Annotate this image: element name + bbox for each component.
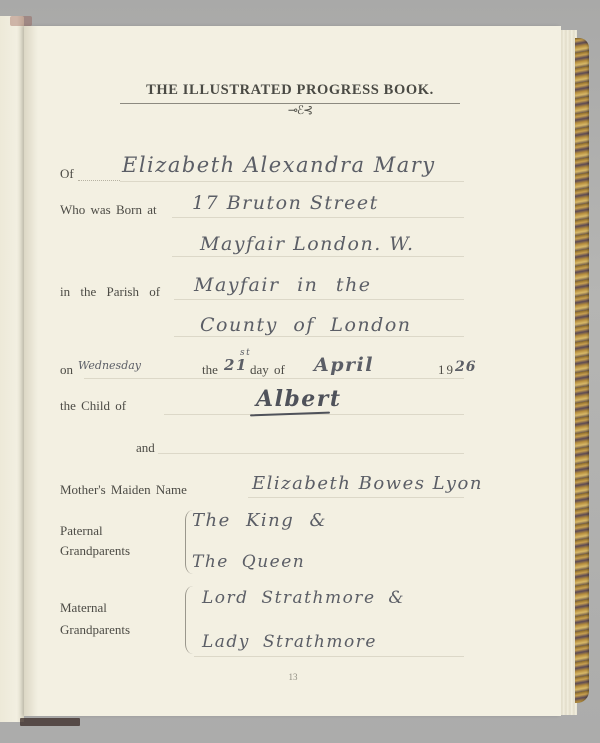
field-line-maternal [194,656,464,657]
label-child-of: the Child of [60,398,126,414]
label-of: Of [60,166,74,182]
label-and: and [136,440,155,456]
field-value-paternal-2: The Queen [192,552,305,572]
field-line-and [158,453,464,454]
field-value-paternal-1: The King & [192,510,327,531]
signature-underline [250,412,330,417]
field-value-name: Elizabeth Alexandra Mary [122,153,436,177]
label-mothers-maiden-name: Mother's Maiden Name [60,482,187,498]
label-paternal-grandparents: Grandparents [60,543,130,559]
field-line-of [120,181,464,182]
field-value-parish-2: County of London [200,314,412,336]
field-value-address-1: 17 Bruton Street [192,192,379,214]
document-page: THE ILLUSTRATED PROGRESS BOOK. ⊸ℰ⊰ Of El… [24,26,561,716]
field-line-maiden-name [248,497,464,498]
label-on: on [60,362,73,378]
field-value-maiden-name: Elizabeth Bowes Lyon [252,473,483,494]
page-number: 13 [278,672,308,682]
gutter-shadow [24,26,38,716]
field-value-father: Albert [256,386,342,412]
field-value-day-suffix: st [240,348,251,358]
label-day-of: day of [250,362,285,378]
label-paternal: Paternal [60,523,103,539]
field-value-year-suffix: 26 [455,359,476,375]
label-year-prefix: 19 [438,362,455,378]
book-cover-edge [20,718,80,726]
left-page-corner-mark [10,16,32,26]
field-value-maternal-2: Lady Strathmore [202,632,377,652]
label-parish: in the Parish of [60,284,160,300]
field-line-date [84,378,464,379]
field-line-parish-2 [174,336,464,337]
field-value-day: 21 [224,356,248,374]
field-value-maternal-1: Lord Strathmore & [202,588,405,608]
gilded-page-edge [575,38,589,703]
maternal-brace [185,586,194,654]
field-value-weekday: Wednesday [78,359,141,372]
field-value-address-2: Mayfair London. W. [200,233,415,255]
label-maternal-grandparents: Grandparents [60,622,130,638]
left-facing-page-edge [0,16,24,722]
label-born-at: Who was Born at [60,202,157,218]
label-maternal: Maternal [60,600,107,616]
field-line-born-at-2 [172,256,464,257]
label-the: the [202,362,218,378]
fleuron-ornament-icon: ⊸ℰ⊰ [280,103,320,118]
field-line-parish-1 [174,299,464,300]
field-line-born-at-1 [172,217,464,218]
page-title: THE ILLUSTRATED PROGRESS BOOK. [122,82,458,99]
field-value-parish-1: Mayfair in the [194,274,372,296]
field-value-month: April [314,354,374,376]
dotted-leader [78,180,120,181]
